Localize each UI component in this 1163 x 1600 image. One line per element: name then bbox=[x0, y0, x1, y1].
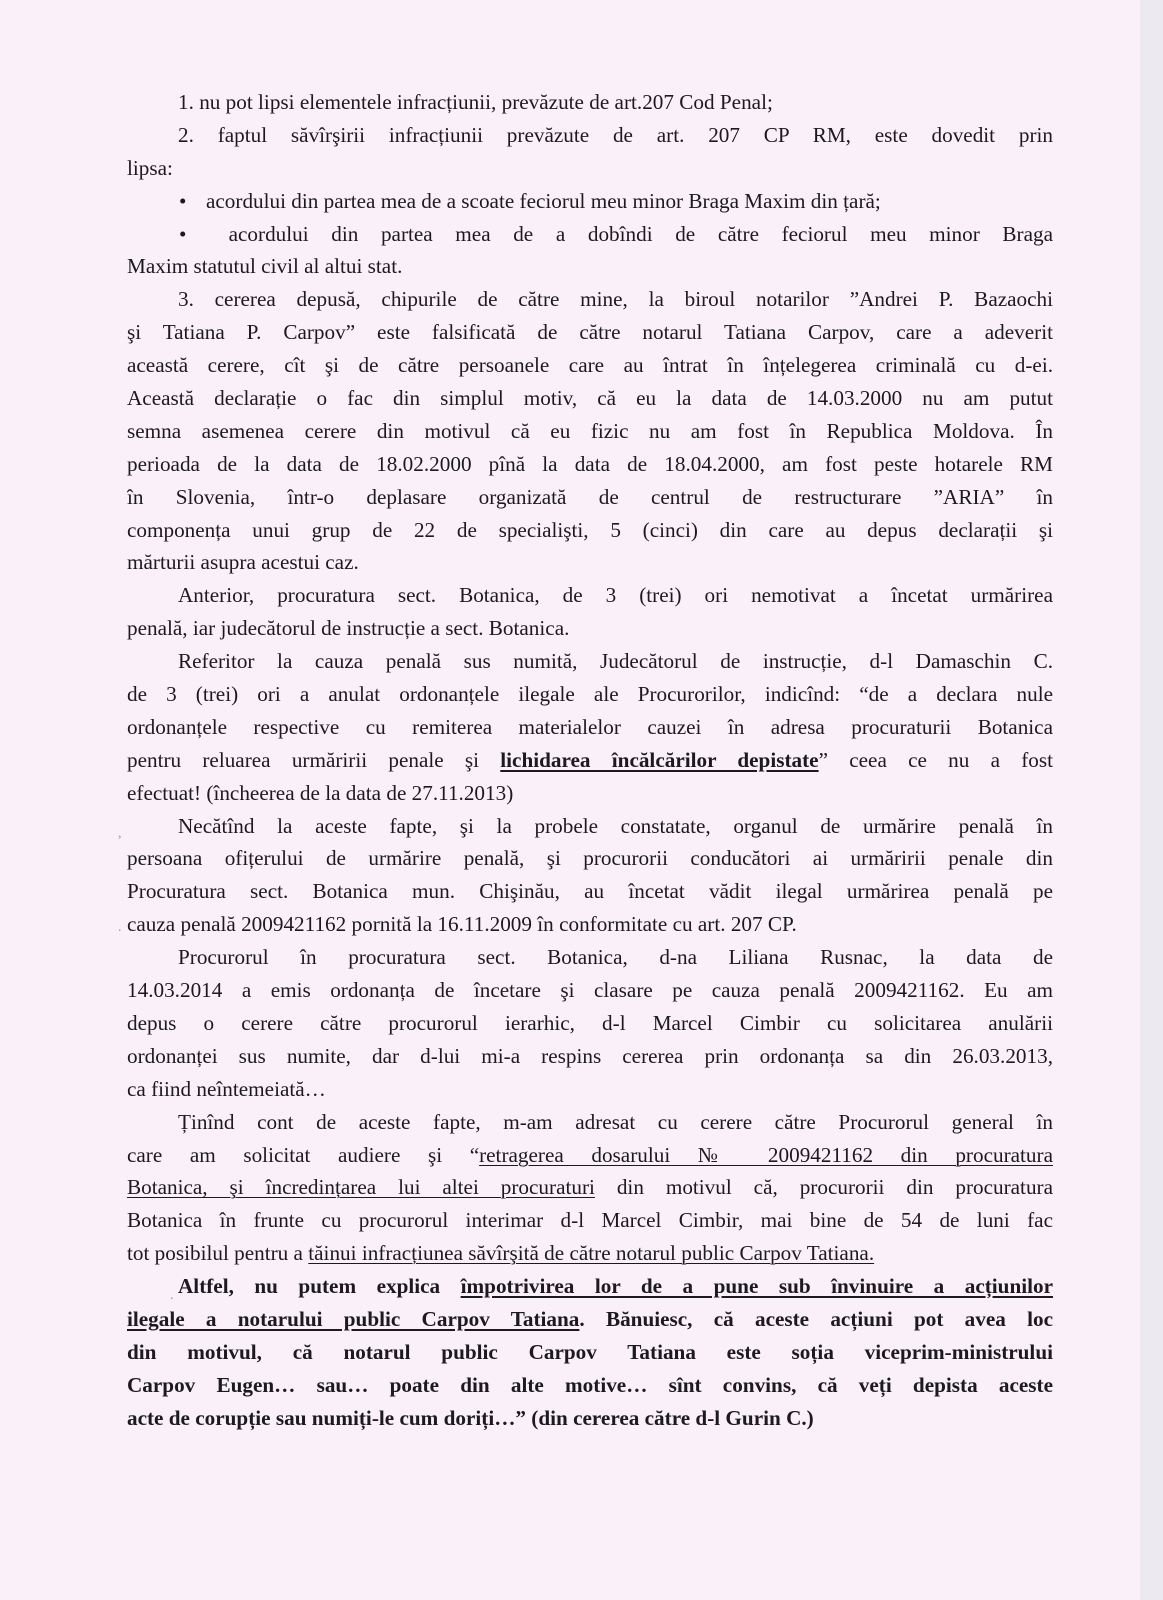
paragraph-line: cauza penală 2009421162 pornită la 16.11… bbox=[127, 908, 1053, 941]
bullet-icon: • bbox=[179, 218, 206, 251]
emphasized-text: ilegale a notarului public Carpov Tatian… bbox=[127, 1307, 579, 1331]
paragraph-line: depus o cerere către procurorul ierarhic… bbox=[127, 1007, 1053, 1040]
paragraph-line: acte de corupție sau numiți-le cum doriț… bbox=[127, 1402, 1053, 1435]
bullet-text: acordului din partea mea de a scoate fec… bbox=[206, 189, 881, 213]
paragraph-line: ordonanțele respective cu remiterea mate… bbox=[127, 711, 1053, 744]
list-item-1: 1. nu pot lipsi elementele infracțiunii,… bbox=[127, 86, 1053, 119]
list-item-2: 2. faptul săvîrşirii infracțiunii prevăz… bbox=[127, 119, 1053, 152]
text-span: Altfel, nu putem explica bbox=[178, 1274, 461, 1298]
list-item-text: faptul săvîrşirii infracțiunii prevăzute… bbox=[218, 123, 1053, 147]
list-number: 2. bbox=[178, 123, 194, 147]
paragraph-anterior: Anterior, procuratura sect. Botanica, de… bbox=[127, 579, 1053, 612]
list-item-text: cererea depusă, chipurile de către mine,… bbox=[215, 287, 1053, 311]
paragraph-line: tot posibilul pentru a tăinui infracțiun… bbox=[127, 1237, 1053, 1270]
paragraph-altfel: Altfel, nu putem explica împotrivirea lo… bbox=[127, 1270, 1053, 1303]
list-number: 1. bbox=[178, 90, 194, 114]
emphasized-text: lichidarea încălcărilor depistate bbox=[500, 748, 818, 772]
paragraph-line: penală, iar judecătorul de instrucție a … bbox=[127, 612, 1053, 645]
scan-speck: , bbox=[118, 826, 122, 842]
text-span: din motivul că, procurorii din procuratu… bbox=[595, 1175, 1053, 1199]
paragraph-line: această cerere, cît şi de către persoane… bbox=[127, 349, 1053, 382]
paragraph-line: care am solicitat audiere şi “retragerea… bbox=[127, 1139, 1053, 1172]
paragraph-line: Botanica în frunte cu procurorul interim… bbox=[127, 1204, 1053, 1237]
paragraph-line: ca fiind neîntemeiată… bbox=[127, 1073, 1053, 1106]
paragraph-referitor: Referitor la cauza penală sus numită, Ju… bbox=[127, 645, 1053, 678]
paragraph-line: Această declarație o fac din simplul mot… bbox=[127, 382, 1053, 415]
bullet-text: Maxim statutul civil al altui stat. bbox=[127, 254, 402, 278]
text-span: pentru reluarea urmăririi penale şi bbox=[127, 748, 500, 772]
bullet-item-2: • acordului din partea mea de a dobîndi … bbox=[127, 218, 1053, 251]
emphasized-text: împotrivirea lor de a pune sub învinuire… bbox=[461, 1274, 1053, 1298]
paragraph-line: efectuat! (încheerea de la data de 27.11… bbox=[127, 777, 1053, 810]
bullet-item-2-continuation: Maxim statutul civil al altui stat. bbox=[127, 250, 1053, 283]
text-span: care am solicitat audiere şi “ bbox=[127, 1143, 479, 1167]
scan-speck: . bbox=[118, 920, 122, 936]
underlined-text: retragerea dosarului № 2009421162 din pr… bbox=[479, 1143, 1053, 1167]
text-span: tot posibilul pentru a bbox=[127, 1241, 308, 1265]
underlined-text: tăinui infracțiunea săvîrşită de către n… bbox=[308, 1241, 874, 1265]
list-number: 3. bbox=[178, 287, 194, 311]
list-item-text: lipsa: bbox=[127, 156, 173, 180]
text-span: . Bănuiesc, că aceste acțiuni pot avea l… bbox=[579, 1307, 1053, 1331]
bullet-item-1: •acordului din partea mea de a scoate fe… bbox=[127, 185, 1053, 218]
paragraph-line: persoana ofițerului de urmărire penală, … bbox=[127, 842, 1053, 875]
paragraph-line: şi Tatiana P. Carpov” este falsificată d… bbox=[127, 316, 1053, 349]
paragraph-necatind: Necătînd la aceste fapte, şi la probele … bbox=[127, 810, 1053, 843]
bullet-icon: • bbox=[179, 185, 206, 218]
paragraph-line: din motivul, că notarul public Carpov Ta… bbox=[127, 1336, 1053, 1369]
paragraph-line: mărturii asupra acestui caz. bbox=[127, 546, 1053, 579]
paragraph-line: de 3 (trei) ori a anulat ordonanțele ile… bbox=[127, 678, 1053, 711]
paragraph-procurorul: Procurorul în procuratura sect. Botanica… bbox=[127, 941, 1053, 974]
paragraph-line: în Slovenia, într-o deplasare organizată… bbox=[127, 481, 1053, 514]
document-body: 1. nu pot lipsi elementele infracțiunii,… bbox=[127, 86, 1053, 1435]
paragraph-line: Carpov Eugen… sau… poate din alte motive… bbox=[127, 1369, 1053, 1402]
paragraph-line: Procuratura sect. Botanica mun. Chişinău… bbox=[127, 875, 1053, 908]
paragraph-line: 14.03.2014 a emis ordonanța de încetare … bbox=[127, 974, 1053, 1007]
paragraph-line: semna asemenea cerere din motivul că eu … bbox=[127, 415, 1053, 448]
list-item-text: nu pot lipsi elementele infracțiunii, pr… bbox=[199, 90, 773, 114]
list-item-2-continuation: lipsa: bbox=[127, 152, 1053, 185]
paragraph-line: perioada de la data de 18.02.2000 pînă l… bbox=[127, 448, 1053, 481]
paragraph-line: ilegale a notarului public Carpov Tatian… bbox=[127, 1303, 1053, 1336]
paragraph-line: Botanica, şi încredințarea lui altei pro… bbox=[127, 1171, 1053, 1204]
paragraph-line: componența unui grup de 22 de specialişt… bbox=[127, 514, 1053, 547]
paragraph-tinind: Ținînd cont de aceste fapte, m-am adresa… bbox=[127, 1106, 1053, 1139]
paragraph-line: ordonanței sus numite, dar d-lui mi-a re… bbox=[127, 1040, 1053, 1073]
text-span: ” ceea ce nu a fost bbox=[819, 748, 1053, 772]
paragraph-line: pentru reluarea urmăririi penale şi lich… bbox=[127, 744, 1053, 777]
bullet-text: acordului din partea mea de a dobîndi de… bbox=[229, 222, 1053, 246]
list-item-3: 3. cererea depusă, chipurile de către mi… bbox=[127, 283, 1053, 316]
scan-edge-strip bbox=[1140, 0, 1163, 1600]
underlined-text: Botanica, şi încredințarea lui altei pro… bbox=[127, 1175, 595, 1199]
